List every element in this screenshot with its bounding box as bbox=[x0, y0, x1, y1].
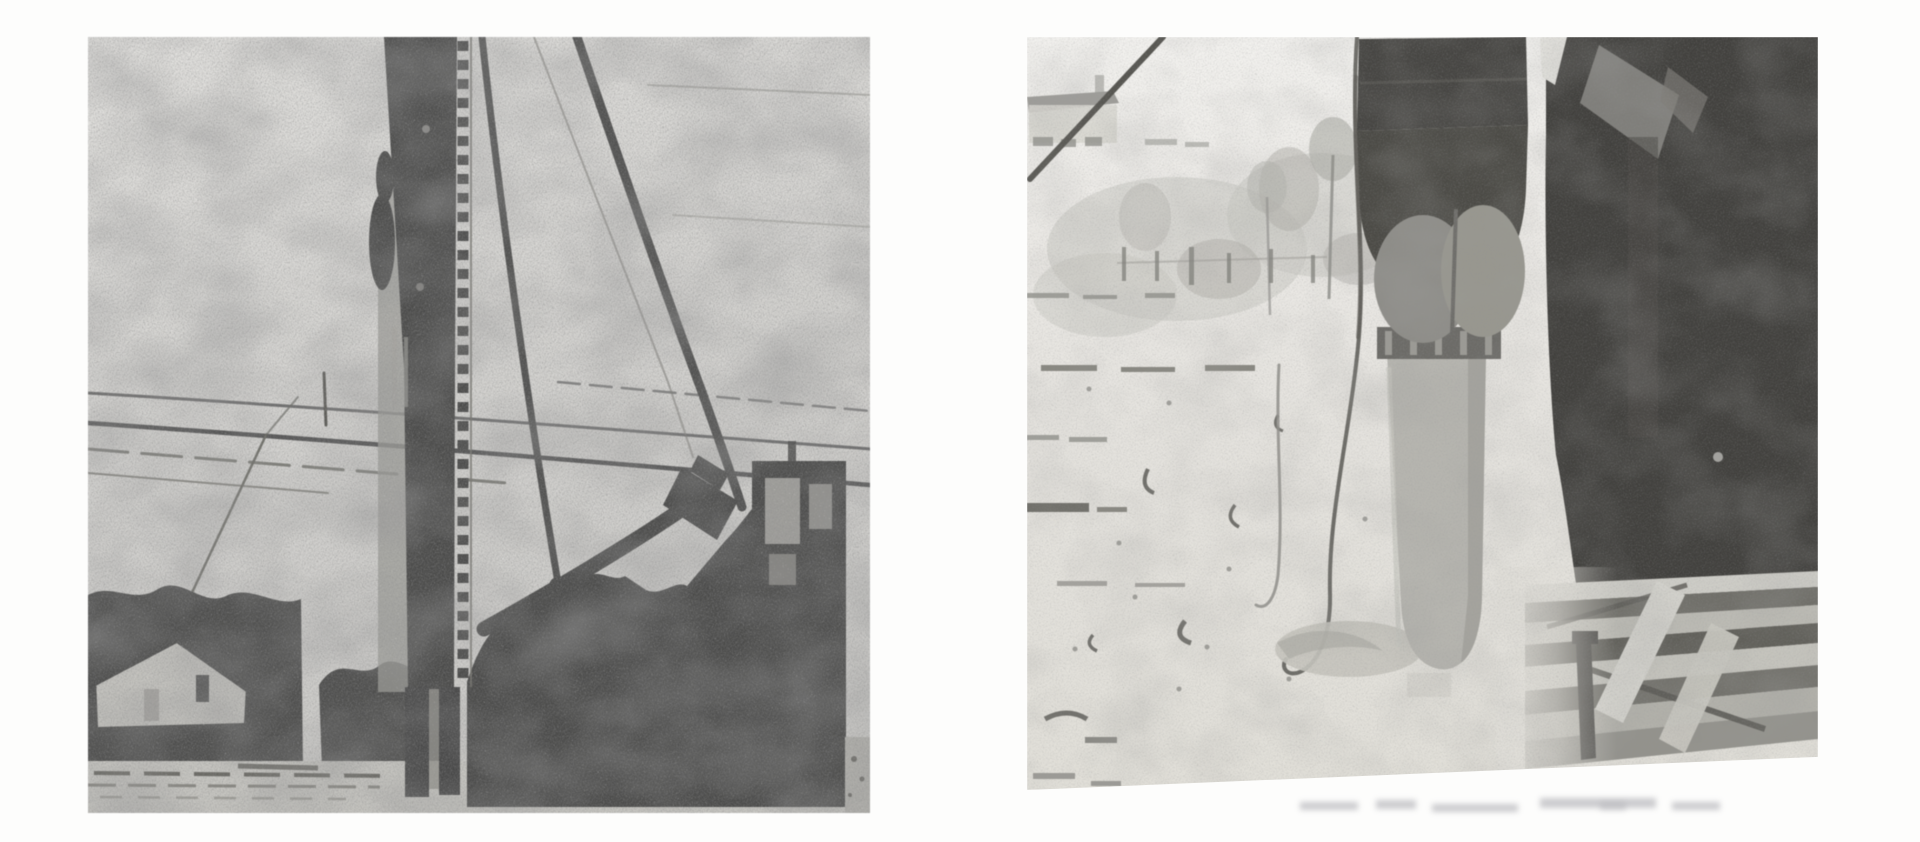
scanned-page bbox=[0, 0, 1920, 842]
scan-light-speckle-overlay bbox=[88, 37, 870, 813]
illegible-caption-smudge bbox=[1300, 792, 1720, 818]
pile-rig-illustration bbox=[88, 37, 870, 813]
caption-smudge-marks bbox=[1300, 792, 1720, 818]
pile-hammer-illustration bbox=[1027, 37, 1818, 790]
scan-grain-overlay bbox=[1027, 37, 1818, 790]
photo-pile-hammer-closeup bbox=[1027, 37, 1818, 790]
photo-pile-driving-rig bbox=[88, 37, 870, 813]
